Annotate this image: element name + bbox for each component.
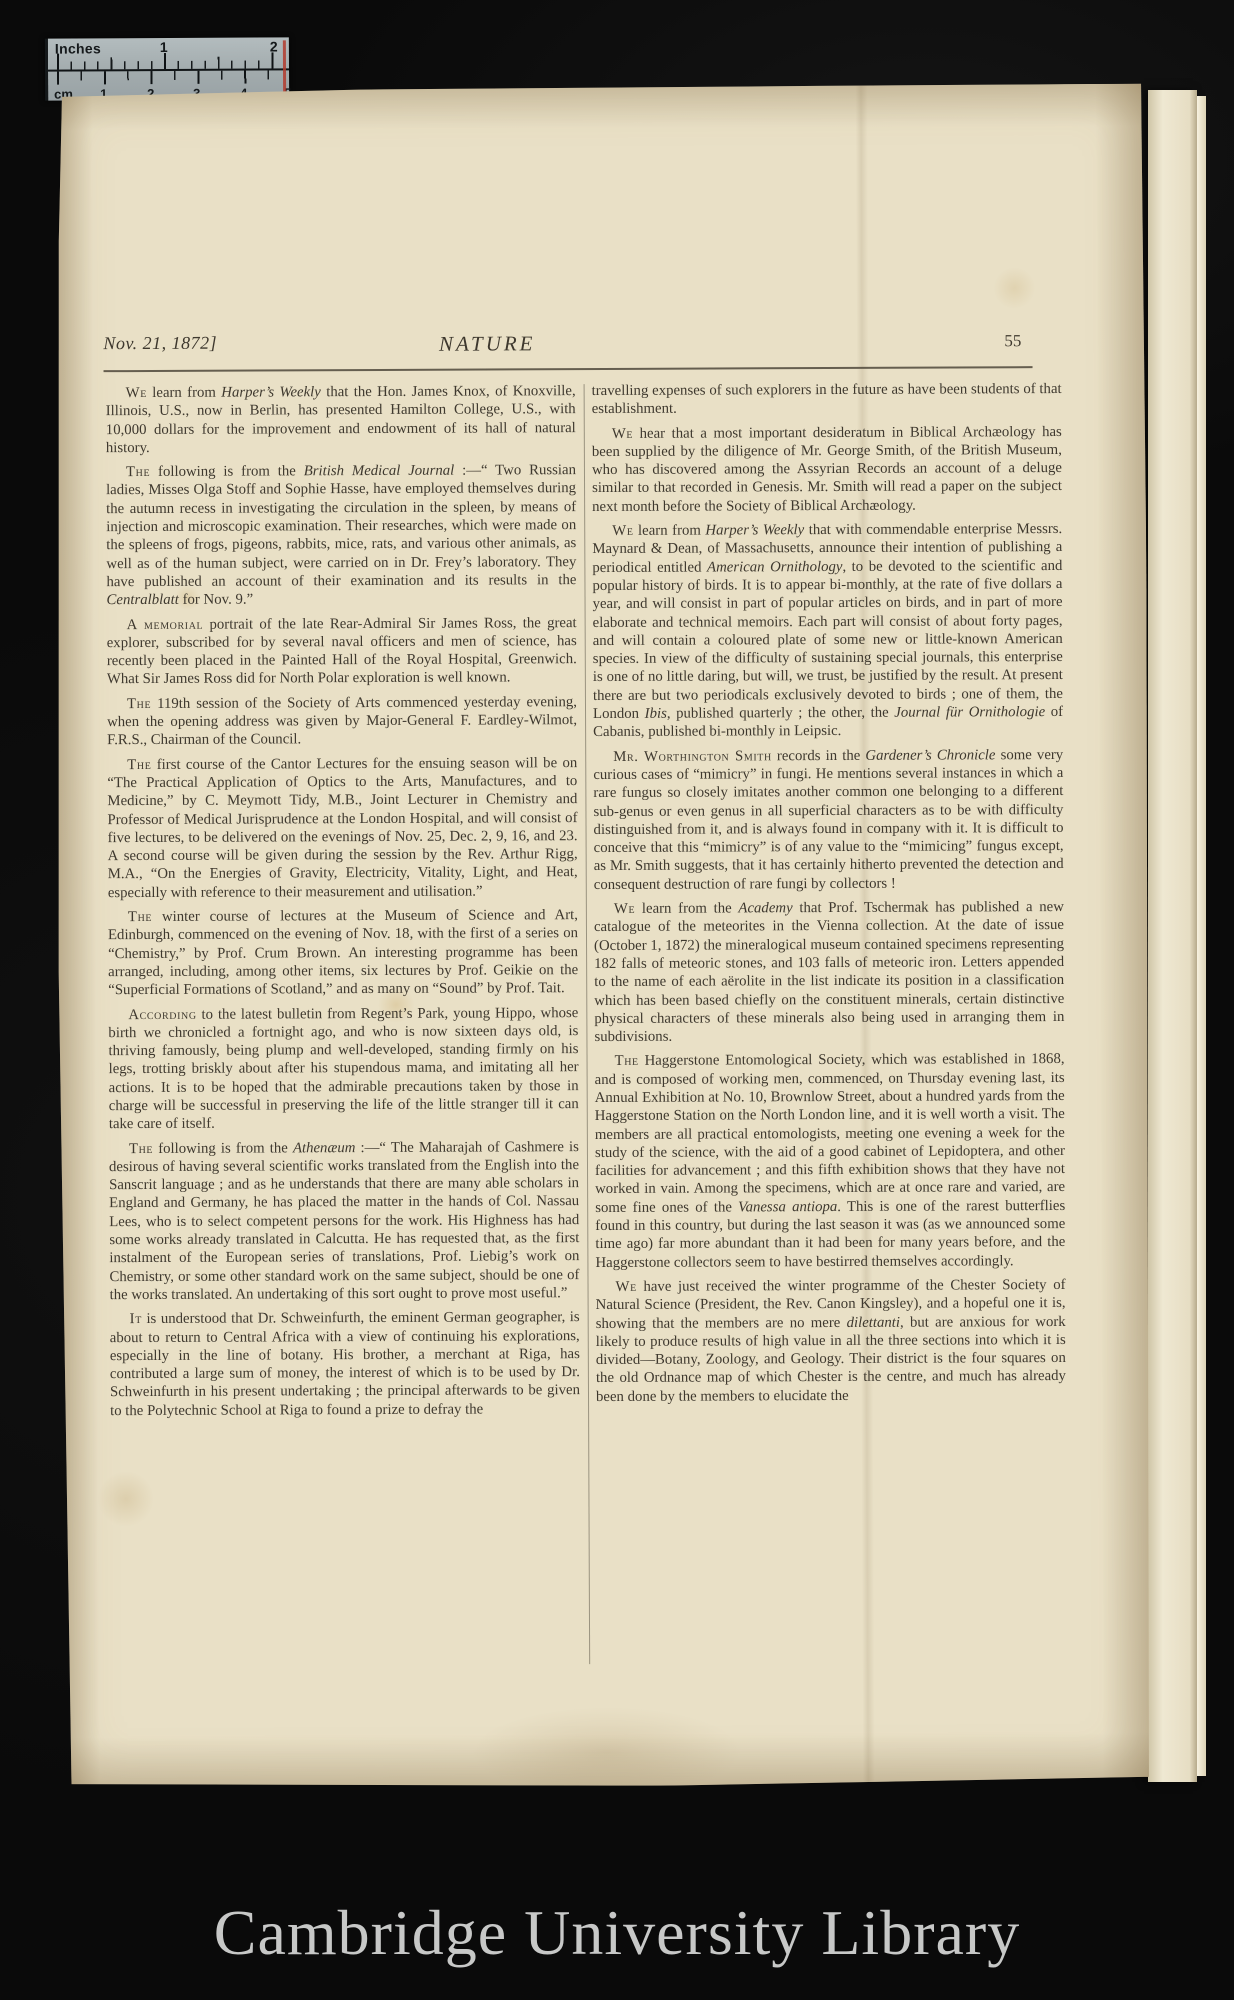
- smallcaps-lead: Mr. Worthington Smith: [613, 748, 772, 765]
- text-columns: We learn from Harper’s Weekly that the H…: [106, 380, 1070, 1680]
- italic-text: Academy: [738, 900, 792, 916]
- photo-backdrop: Inches 1 2 cm 1 2 3 4 5 Nov. 21, 1872] N…: [0, 0, 1234, 2000]
- italic-text: Athenæum: [293, 1140, 356, 1156]
- journal-title: NATURE: [439, 331, 536, 356]
- paragraph: We learn from Harper’s Weekly that the H…: [106, 382, 576, 457]
- italic-text: Gardener’s Chronicle: [865, 747, 995, 764]
- italic-text: American Ornithology: [707, 559, 842, 576]
- paragraph: The 119th session of the Society of Arts…: [107, 693, 577, 750]
- body-text: following is from the: [153, 1140, 293, 1157]
- body-text: travelling expenses of such explorers in…: [592, 381, 1062, 417]
- paragraph: The following is from the Athenæum :—“ T…: [109, 1138, 580, 1305]
- smallcaps-lead: It: [130, 1311, 142, 1327]
- body-text: some very curious cases of “mimicry” in …: [593, 747, 1063, 893]
- paragraph: The winter course of lectures at the Mus…: [108, 906, 578, 1000]
- inch-whole-ticks: [57, 52, 281, 69]
- body-text: records in the: [772, 747, 866, 763]
- smallcaps-lead: The: [129, 1141, 153, 1157]
- column-divider: [584, 384, 591, 1664]
- smallcaps-lead: We: [615, 1279, 636, 1295]
- body-text: that Prof. Tschermak has published a new…: [594, 899, 1064, 1045]
- smallcaps-lead: The: [615, 1053, 639, 1069]
- measurement-ruler: Inches 1 2 cm 1 2 3 4 5: [45, 37, 289, 100]
- paragraph: A memorial portrait of the late Rear-Adm…: [107, 614, 577, 689]
- paragraph: According to the latest bulletin from Re…: [108, 1004, 579, 1134]
- body-text: first course of the Cantor Lectures for …: [107, 755, 577, 901]
- body-text: to the latest bulletin from Regent’s Par…: [108, 1005, 578, 1133]
- paragraph: We learn from Harper’s Weekly that with …: [592, 520, 1063, 742]
- library-watermark: Cambridge University Library: [0, 1896, 1234, 1970]
- smallcaps-lead: We: [614, 901, 635, 917]
- page-number: 55: [1004, 331, 1021, 351]
- body-text: learn from the: [635, 900, 738, 916]
- body-text: , to be devoted to the scientific and po…: [592, 558, 1063, 722]
- smallcaps-lead: A memorial: [127, 616, 204, 632]
- header-rule: [104, 366, 1033, 372]
- book-fore-edge: [1148, 90, 1197, 1782]
- smallcaps-lead: We: [126, 385, 147, 401]
- page-header: Nov. 21, 1872] NATURE 55: [103, 329, 1035, 363]
- paragraph: We hear that a most important desideratu…: [592, 423, 1062, 517]
- italic-text: Journal für Ornithologie: [894, 704, 1045, 721]
- italic-text: Harper’s Weekly: [221, 384, 321, 400]
- column-right: travelling expenses of such explorers in…: [592, 380, 1068, 1678]
- body-text: Haggerstone Entomological Society, which…: [595, 1051, 1066, 1215]
- italic-text: dilettanti: [847, 1314, 901, 1330]
- smallcaps-lead: The: [127, 696, 151, 712]
- ruler-inches-scale: Inches 1 2: [48, 37, 289, 69]
- body-text: hear that a most important desideratum i…: [592, 424, 1062, 515]
- italic-text: Vanessa antiopa: [738, 1199, 837, 1215]
- adjacent-page-edge: [1197, 96, 1206, 1776]
- body-text: is understood that Dr. Schweinfurth, the…: [110, 1309, 580, 1419]
- column-left: We learn from Harper’s Weekly that the H…: [106, 382, 582, 1680]
- smallcaps-lead: According: [128, 1006, 196, 1022]
- smallcaps-lead: The: [127, 757, 151, 773]
- smallcaps-lead: The: [128, 909, 152, 925]
- paragraph: We learn from the Academy that Prof. Tsc…: [594, 898, 1065, 1046]
- issue-date: Nov. 21, 1872]: [103, 333, 217, 354]
- smallcaps-lead: We: [612, 425, 633, 441]
- body-text: for Nov. 9.”: [179, 592, 253, 608]
- paragraph: Mr. Worthington Smith records in the Gar…: [593, 746, 1064, 894]
- smallcaps-lead: The: [126, 464, 150, 480]
- paragraph: It is understood that Dr. Schweinfurth, …: [110, 1308, 580, 1420]
- paragraph: The first course of the Cantor Lectures …: [107, 754, 578, 902]
- body-text: winter course of lectures at the Museum …: [108, 907, 578, 998]
- smallcaps-lead: We: [612, 523, 633, 539]
- paragraph: The Haggerstone Entomological Society, w…: [595, 1050, 1066, 1272]
- body-text: :—“ The Maharajah of Cashmere is desirou…: [109, 1139, 580, 1303]
- italic-text: Centralblatt: [106, 592, 178, 608]
- italic-text: Ibis: [645, 706, 667, 722]
- body-text: following is from the: [150, 463, 304, 480]
- body-text: 119th session of the Society of Arts com…: [107, 694, 577, 749]
- journal-page-scan: Nov. 21, 1872] NATURE 55 We learn from H…: [54, 84, 1151, 1789]
- body-text: :—“ Two Russian ladies, Misses Olga Stof…: [106, 462, 576, 590]
- italic-text: Harper’s Weekly: [705, 522, 804, 538]
- paragraph: travelling expenses of such explorers in…: [592, 380, 1062, 419]
- paragraph: We have just received the winter program…: [595, 1276, 1066, 1406]
- italic-text: British Medical Journal: [304, 463, 455, 480]
- body-text: , published quarterly ; the other, the: [667, 705, 894, 722]
- paragraph: The following is from the British Medica…: [106, 461, 577, 609]
- body-text: learn from: [147, 385, 221, 401]
- cm-whole-ticks: [57, 70, 281, 84]
- body-text: learn from: [633, 523, 705, 539]
